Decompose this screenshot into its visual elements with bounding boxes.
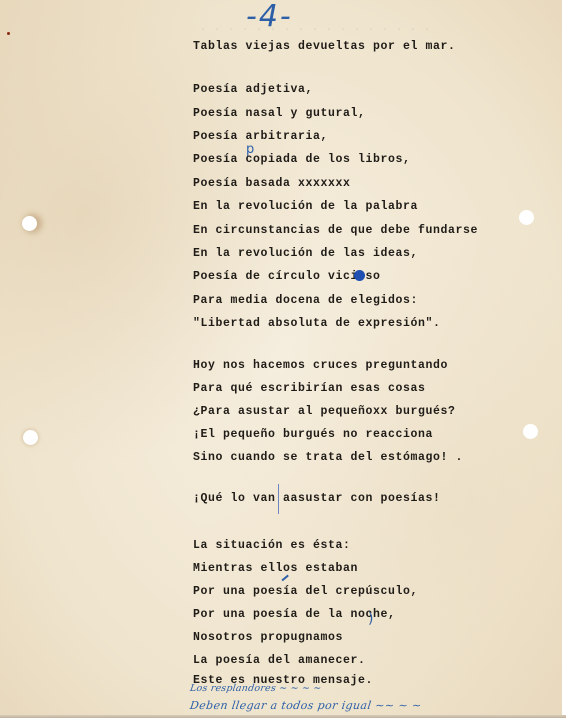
verse-line: Poesía adjetiva, (193, 83, 313, 97)
verse-line: La situación es ésta: (193, 539, 351, 553)
verse-line: Poesía copiada de los libros, (193, 153, 411, 167)
scan-edge-right (562, 0, 566, 718)
ink-blot (354, 270, 365, 281)
punch-hole (23, 430, 38, 445)
verse-line: Para media docena de elegidos: (193, 294, 418, 308)
verse-line: ¿Para asustar al pequeñoxx burgués? (193, 405, 456, 419)
verse-line: Poesía de círculo vicioso (193, 270, 381, 284)
paper-stain (7, 32, 10, 35)
verse-line: Por una poesía de la noche, (193, 608, 396, 622)
verse-line: ¡El pequeño burgués no reacciona (193, 428, 433, 442)
verse-line: Sino cuando se trata del estómago! . (193, 451, 463, 465)
verse-line: ¡Qué lo van aasustar con poesías! (193, 492, 441, 506)
document-title: Tablas viejas devueltas por el mar. (193, 40, 456, 54)
verse-line: En circunstancias de que debe fundarse (193, 224, 478, 238)
verse-line: Para qué escribirían esas cosas (193, 382, 426, 396)
verse-line: "Libertad absoluta de expresión". (193, 317, 441, 331)
handwritten-separator-mark (278, 484, 279, 514)
verse-line: La poesía del amanecer. (193, 654, 366, 668)
punch-hole (22, 216, 37, 231)
verse-line: En la revolución de la palabra (193, 200, 418, 214)
handwritten-note: Los resplandores ~ ~ ~ ~ (189, 683, 322, 694)
handwritten-note: Deben llegar a todos por igual ~~ ~ ~ (189, 699, 422, 712)
verse-line: Poesía arbitraria, (193, 130, 328, 144)
verse-line: Mientras ellos estaban (193, 562, 358, 576)
punch-hole (523, 424, 538, 439)
verse-line: En la revolución de las ideas, (193, 247, 418, 261)
verse-line: Nosotros propugnamos (193, 631, 343, 645)
show-through-text: · · · · · · · · · · · · · · · · · (200, 25, 440, 36)
punch-hole (519, 210, 534, 225)
handwritten-comma-mark: ) (368, 611, 373, 627)
verse-line: Hoy nos hacemos cruces preguntando (193, 359, 448, 373)
verse-line: Poesía nasal y gutural, (193, 107, 366, 121)
verse-line: Por una poesía del crepúsculo, (193, 585, 418, 599)
scanned-page: -4- · · · · · · · · · · · · · · · · · Ta… (0, 0, 566, 718)
verse-line: Poesía basada xxxxxxx (193, 177, 351, 191)
